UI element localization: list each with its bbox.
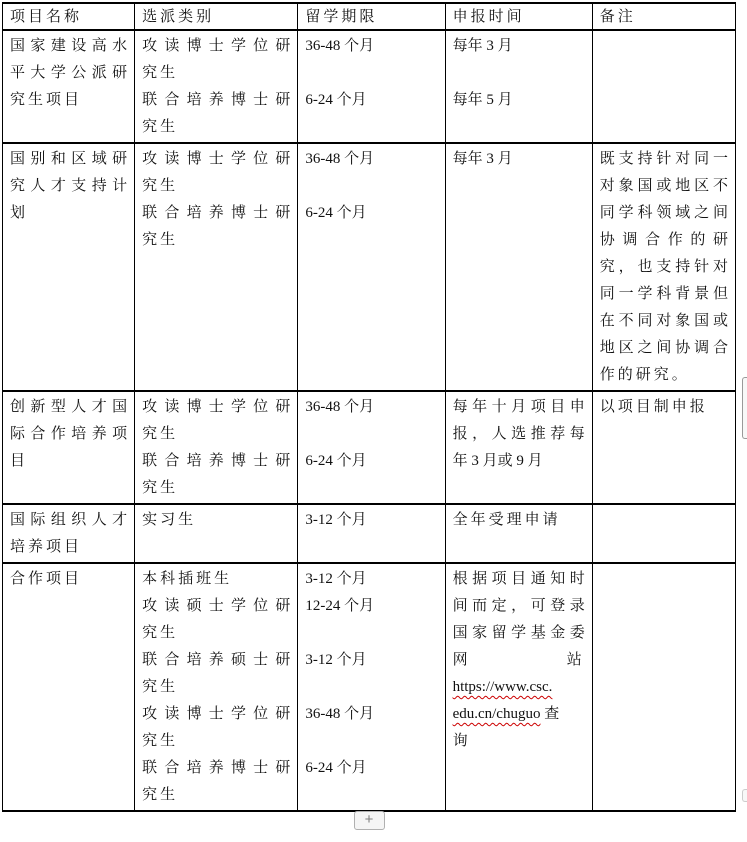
column-header: 项目名称 bbox=[3, 3, 135, 30]
table-cell bbox=[592, 504, 735, 563]
table-cell: 每年 3 月 bbox=[445, 143, 592, 391]
cell-line bbox=[305, 674, 437, 701]
cell-line: 网站 bbox=[453, 647, 585, 674]
cell-line: 联合培养博士研 bbox=[142, 87, 290, 114]
cell-line: 国际组织人才 bbox=[10, 507, 127, 534]
cell-line: 既支持针对同一 bbox=[600, 146, 728, 173]
insert-column-button-partial[interactable] bbox=[742, 377, 747, 439]
cell-line: 每年 3 月 bbox=[453, 33, 585, 60]
cell-line: 6-24 个月 bbox=[305, 755, 437, 782]
table-cell: 全年受理申请 bbox=[445, 504, 592, 563]
cell-line: 究生 bbox=[142, 728, 290, 755]
cell-line: 实习生 bbox=[142, 507, 290, 534]
cell-line: 合作项目 bbox=[10, 566, 127, 593]
spellcheck-squiggle-text: edu.cn/chuguo bbox=[453, 706, 541, 722]
cell-line: 究生 bbox=[142, 114, 290, 141]
table-cell: 攻读博士学位研究生联合培养博士研究生 bbox=[135, 143, 298, 391]
cell-line: 联合培养硕士研 bbox=[142, 647, 290, 674]
cell-line: 36-48 个月 bbox=[305, 146, 437, 173]
cell-line: 在不同对象国或 bbox=[600, 308, 728, 335]
column-header: 备注 bbox=[592, 3, 735, 30]
cell-line: 联合培养博士研 bbox=[142, 448, 290, 475]
table-cell: 根据项目通知时间而定，可登录国家留学基金委网站https://www.csc.e… bbox=[445, 563, 592, 811]
cell-line bbox=[453, 60, 585, 87]
table-row: 国际组织人才培养项目实习生3-12 个月全年受理申请 bbox=[3, 504, 736, 563]
table-cell: 国际组织人才培养项目 bbox=[3, 504, 135, 563]
cell-line bbox=[305, 620, 437, 647]
table-row: 国别和区域研究人才支持计划攻读博士学位研究生联合培养博士研究生36-48 个月 … bbox=[3, 143, 736, 391]
header-row: 项目名称选派类别留学期限申报时间备注 bbox=[3, 3, 736, 30]
cell-line: 联合培养博士研 bbox=[142, 755, 290, 782]
cell-line: 究生 bbox=[142, 674, 290, 701]
cell-line: 究生 bbox=[142, 60, 290, 87]
table-row: 创新型人才国际合作培养项目攻读博士学位研究生联合培养博士研究生36-48 个月 … bbox=[3, 391, 736, 504]
cell-line: 根据项目通知时 bbox=[453, 566, 585, 593]
cell-line: 协调合作的研 bbox=[600, 227, 728, 254]
cell-line: 攻读硕士学位研 bbox=[142, 593, 290, 620]
cell-line bbox=[305, 60, 437, 87]
spellcheck-squiggle-text: https://www.csc. bbox=[453, 679, 553, 695]
table-body: 国家建设高水平大学公派研究生项目攻读博士学位研究生联合培养博士研究生36-48 … bbox=[3, 30, 736, 811]
table-cell: 以项目制申报 bbox=[592, 391, 735, 504]
cell-line: 国家留学基金委 bbox=[453, 620, 585, 647]
table-cell: 攻读博士学位研究生联合培养博士研究生 bbox=[135, 391, 298, 504]
cell-line: 6-24 个月 bbox=[305, 448, 437, 475]
cell-line: 3-12 个月 bbox=[305, 647, 437, 674]
insert-row-button[interactable]: + bbox=[354, 811, 385, 830]
column-header: 申报时间 bbox=[445, 3, 592, 30]
table-cell: 每年 3 月 每年 5 月 bbox=[445, 30, 592, 143]
cell-line: 究生 bbox=[142, 173, 290, 200]
right-edge-partial-button[interactable] bbox=[742, 789, 747, 802]
table-cell: 创新型人才国际合作培养项目 bbox=[3, 391, 135, 504]
table-cell: 36-48 个月 6-24 个月 bbox=[298, 391, 445, 504]
cell-line: 每年 5 月 bbox=[453, 87, 585, 114]
cell-line: 报，人选推荐每 bbox=[453, 421, 585, 448]
cell-line: 同一学科背景但 bbox=[600, 281, 728, 308]
table-cell bbox=[592, 563, 735, 811]
cell-line: 地区之间协调合 bbox=[600, 335, 728, 362]
table-row: 国家建设高水平大学公派研究生项目攻读博士学位研究生联合培养博士研究生36-48 … bbox=[3, 30, 736, 143]
below-table-area: + bbox=[2, 811, 736, 830]
cell-line: 同学科领域之间 bbox=[600, 200, 728, 227]
cell-line bbox=[305, 728, 437, 755]
cell-line: 每年十月项目申 bbox=[453, 394, 585, 421]
cell-line: 究人才支持计 bbox=[10, 173, 127, 200]
cell-line: 6-24 个月 bbox=[305, 87, 437, 114]
cell-line: 究生 bbox=[142, 782, 290, 809]
cell-line: edu.cn/chuguo 查 bbox=[453, 701, 585, 728]
cell-line: 究生 bbox=[142, 421, 290, 448]
cell-line: 国家建设高水 bbox=[10, 33, 127, 60]
cell-line: 年 3 月或 9 月 bbox=[453, 448, 585, 475]
cell-line: 作的研究。 bbox=[600, 362, 728, 389]
cell-line: 究生 bbox=[142, 620, 290, 647]
table-cell: 国别和区域研究人才支持计划 bbox=[3, 143, 135, 391]
cell-line: 间而定，可登录 bbox=[453, 593, 585, 620]
cell-line bbox=[305, 173, 437, 200]
cell-line: 6-24 个月 bbox=[305, 200, 437, 227]
table-cell: 实习生 bbox=[135, 504, 298, 563]
cell-line: 究生 bbox=[142, 227, 290, 254]
cell-line: 以项目制申报 bbox=[600, 394, 728, 421]
cell-line: 36-48 个月 bbox=[305, 33, 437, 60]
cell-line: 划 bbox=[10, 200, 127, 227]
column-header: 留学期限 bbox=[298, 3, 445, 30]
cell-line: https://www.csc. bbox=[453, 674, 585, 701]
cell-line: 创新型人才国 bbox=[10, 394, 127, 421]
cell-line: 国别和区域研 bbox=[10, 146, 127, 173]
cell-line: 培养项目 bbox=[10, 534, 127, 561]
cell-line: 平大学公派研 bbox=[10, 60, 127, 87]
table-cell: 本科插班生攻读硕士学位研究生联合培养硕士研究生攻读博士学位研究生联合培养博士研究… bbox=[135, 563, 298, 811]
table-cell: 36-48 个月 6-24 个月 bbox=[298, 143, 445, 391]
cell-line: 目 bbox=[10, 448, 127, 475]
cell-line: 攻读博士学位研 bbox=[142, 146, 290, 173]
cell-line: 询 bbox=[453, 728, 585, 755]
cell-line: 12-24 个月 bbox=[305, 593, 437, 620]
table-cell: 攻读博士学位研究生联合培养博士研究生 bbox=[135, 30, 298, 143]
cell-line: 攻读博士学位研 bbox=[142, 701, 290, 728]
cell-line: 联合培养博士研 bbox=[142, 200, 290, 227]
cell-line: 究，也支持针对 bbox=[600, 254, 728, 281]
table-cell: 既支持针对同一对象国或地区不同学科领域之间协调合作的研究，也支持针对同一学科背景… bbox=[592, 143, 735, 391]
column-header: 选派类别 bbox=[135, 3, 298, 30]
cell-line bbox=[305, 421, 437, 448]
table-cell: 国家建设高水平大学公派研究生项目 bbox=[3, 30, 135, 143]
table-cell: 3-12 个月 bbox=[298, 504, 445, 563]
table-row: 合作项目本科插班生攻读硕士学位研究生联合培养硕士研究生攻读博士学位研究生联合培养… bbox=[3, 563, 736, 811]
cell-line: 攻读博士学位研 bbox=[142, 33, 290, 60]
cell-line: 3-12 个月 bbox=[305, 507, 437, 534]
cell-line: 全年受理申请 bbox=[453, 507, 585, 534]
table-cell: 每年十月项目申报，人选推荐每年 3 月或 9 月 bbox=[445, 391, 592, 504]
document-table: 项目名称选派类别留学期限申报时间备注 国家建设高水平大学公派研究生项目攻读博士学… bbox=[2, 2, 736, 812]
table-cell: 合作项目 bbox=[3, 563, 135, 811]
cell-line: 3-12 个月 bbox=[305, 566, 437, 593]
cell-line: 36-48 个月 bbox=[305, 701, 437, 728]
cell-line: 究生 bbox=[142, 475, 290, 502]
cell-line: 对象国或地区不 bbox=[600, 173, 728, 200]
table-cell: 36-48 个月 6-24 个月 bbox=[298, 30, 445, 143]
cell-line: 本科插班生 bbox=[142, 566, 290, 593]
cell-line: 际合作培养项 bbox=[10, 421, 127, 448]
cell-line: 36-48 个月 bbox=[305, 394, 437, 421]
cell-line: 每年 3 月 bbox=[453, 146, 585, 173]
cell-line: 究生项目 bbox=[10, 87, 127, 114]
table-cell bbox=[592, 30, 735, 143]
table-cell: 3-12 个月12-24 个月 3-12 个月 36-48 个月 6-24 个月 bbox=[298, 563, 445, 811]
cell-line: 攻读博士学位研 bbox=[142, 394, 290, 421]
